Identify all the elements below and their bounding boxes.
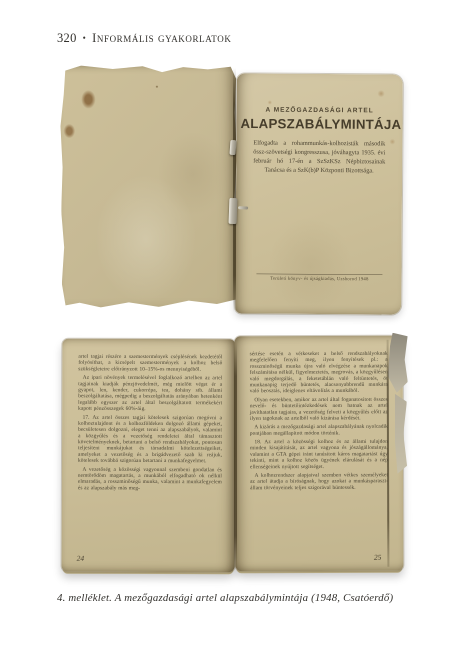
booklet-gutter [233, 68, 236, 312]
page-number: 320 [57, 31, 77, 45]
title-page-text: A MEZŐGAZDASÁGI ARTEL ALAPSZABÁLYMINTÁJA… [239, 73, 399, 314]
scan-title-spread: A MEZŐGAZDASÁGI ARTEL ALAPSZABÁLYMINTÁJA… [56, 58, 412, 320]
staple-icon [229, 198, 238, 224]
page-25-body: sértése esetén a vétkeseket a belső rend… [250, 351, 388, 494]
header-separator: • [83, 33, 86, 43]
torn-paper-edge [388, 333, 408, 393]
booklet-imprint: Területi könyv- és újságkiadás, Uzshorod… [256, 274, 382, 282]
running-title: Informális gyakorlatok [92, 31, 231, 45]
booklet-paragraph: artel tagjai részére a szemestermények c… [78, 354, 222, 373]
figure-caption: 4. melléklet. A mezőgazdasági artel alap… [57, 592, 447, 604]
scan-blank-left-page [60, 64, 238, 308]
booklet-paragraph: 18. Az artel a közösségi kolhoz és az ál… [250, 439, 388, 470]
booklet-kicker: A MEZŐGAZDASÁGI ARTEL [241, 105, 399, 114]
folio-24: 24 [77, 554, 85, 563]
scan-title-page: A MEZŐGAZDASÁGI ARTEL ALAPSZABÁLYMINTÁJA… [235, 73, 403, 314]
booklet-paragraph: sértése esetén a vétkeseket a belső rend… [250, 351, 388, 395]
scan-page-25: sértése esetén a vétkeseket a belső rend… [235, 336, 404, 572]
page-24-body: artel tagjai részére a szemestermények c… [78, 354, 222, 495]
booklet-paragraph: A kizárás a mezőgazdasági artel alapszab… [250, 424, 388, 437]
booklet-paragraph: A kolhozrendszer alapjaival szemben vétk… [250, 472, 388, 491]
booklet-paragraph: A vezetőség a közösségi vagyonnal szembe… [78, 467, 222, 492]
folio-25: 25 [374, 553, 382, 562]
booklet-paragraph: 17. Az artel összes tagjai kötelesek szi… [78, 415, 222, 465]
page-header: 320•Informális gyakorlatok [57, 31, 231, 46]
scan-text-spread: artel tagjai részére a szemestermények c… [56, 328, 412, 580]
booklet-paragraph: Olyan esetekben, amikor az artel által f… [250, 397, 388, 422]
book-page: 320•Informális gyakorlatok A MEZŐGAZDASÁ… [0, 0, 466, 667]
booklet-adoption-note: Elfogadta a rohammunkás-kolhozisták máso… [253, 139, 385, 176]
torn-paper-edge [395, 394, 407, 474]
booklet-paragraph: Az ipari növények termelésével foglalkoz… [78, 375, 222, 413]
scan-page-24: artel tagjai részére a szemestermények c… [62, 339, 236, 573]
booklet-gutter [234, 342, 237, 570]
staple-icon [229, 140, 236, 155]
booklet-title: ALAPSZABÁLYMINTÁJA [240, 116, 398, 133]
